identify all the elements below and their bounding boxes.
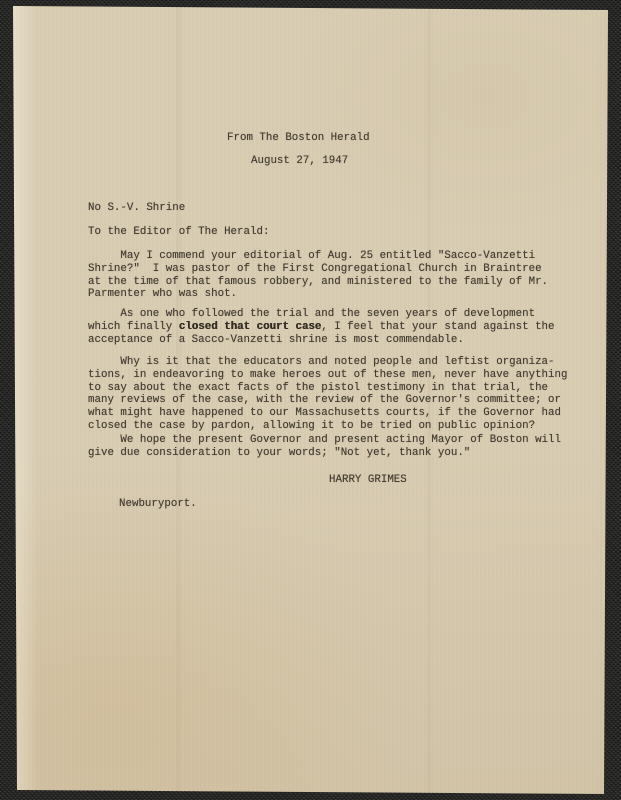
letter-line: give due consideration to your words; "N… xyxy=(88,447,561,460)
letter-place: Newburyport. xyxy=(119,498,197,511)
letter-source: From The Boston Herald xyxy=(227,132,370,145)
letter-paragraph: As one who followed the trial and the se… xyxy=(88,308,555,346)
letter-line: Parmenter who was shot. xyxy=(88,288,548,301)
letter-date: August 27, 1947 xyxy=(251,155,348,168)
letter-line: what might have happened to our Massachu… xyxy=(88,407,567,420)
letter-line: which finally closed that court case, I … xyxy=(88,321,555,334)
letter-salutation: To the Editor of The Herald: xyxy=(88,226,269,239)
letter-line: acceptance of a Sacco-Vanzetti shrine is… xyxy=(88,334,555,347)
scan-background: From The Boston Herald August 27, 1947 N… xyxy=(0,0,621,800)
letter-line: As one who followed the trial and the se… xyxy=(88,308,555,321)
letter-paragraph: Why is it that the educators and noted p… xyxy=(88,356,567,433)
letter-paragraph: We hope the present Governor and present… xyxy=(88,434,561,460)
letter-line: We hope the present Governor and present… xyxy=(88,434,561,447)
letter-line: Shrine?" I was pastor of the First Congr… xyxy=(88,263,548,276)
letter-paragraph: May I commend your editorial of Aug. 25 … xyxy=(88,250,548,301)
letter-line: May I commend your editorial of Aug. 25 … xyxy=(88,250,548,263)
letter-line: to say about the exact facts of the pist… xyxy=(88,382,567,395)
letter-line: closed the case by pardon, allowing it t… xyxy=(88,420,567,433)
letter-line: at the time of that famous robbery, and … xyxy=(88,276,548,289)
letter-line: tions, in endeavoring to make heroes out… xyxy=(88,369,567,382)
overstruck-text: closed that court case xyxy=(179,321,322,333)
letter-line: Why is it that the educators and noted p… xyxy=(88,356,567,369)
letter-subject: No S.-V. Shrine xyxy=(88,202,185,215)
letter-signature: HARRY GRIMES xyxy=(329,474,407,487)
letter-line: many reviews of the case, with the revie… xyxy=(88,394,567,407)
